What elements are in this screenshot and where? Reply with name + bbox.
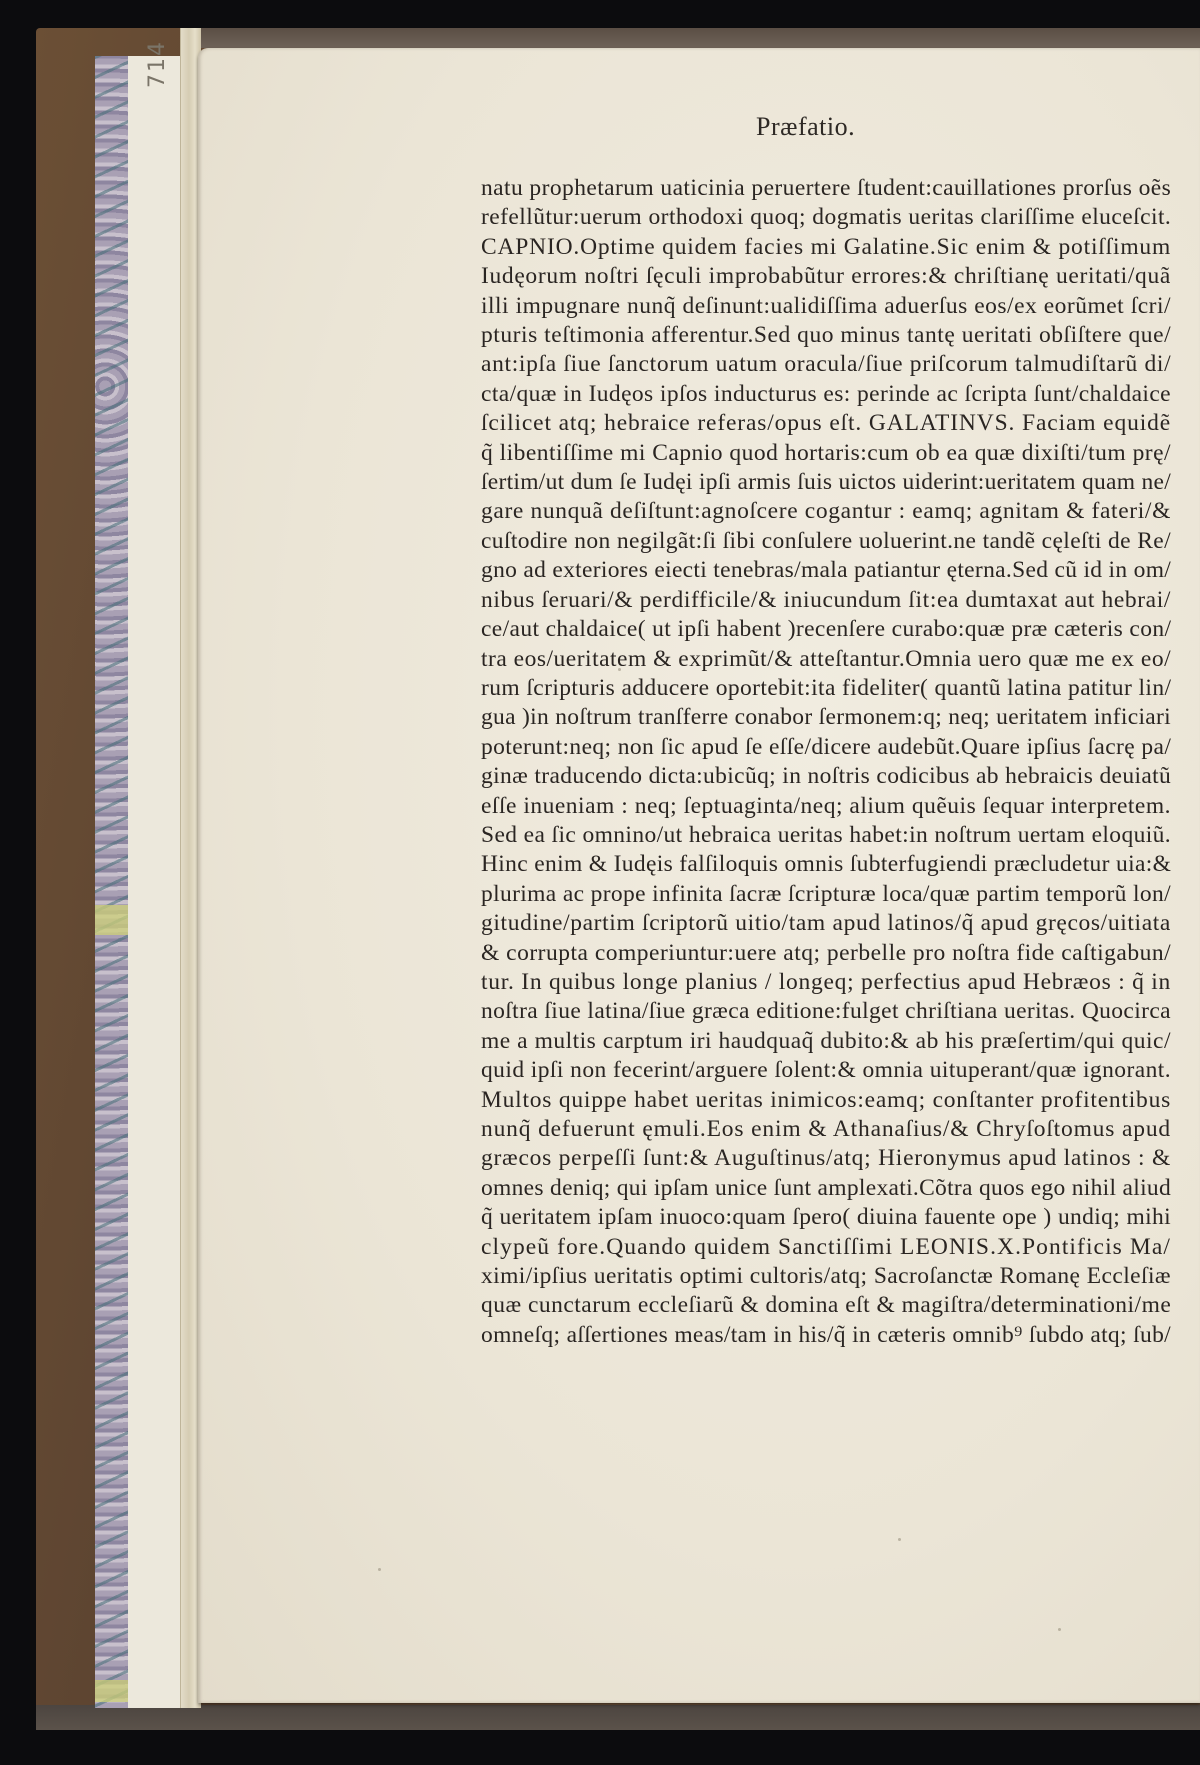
text-line: omnes deniq; qui ipſam unice ſunt amplex… [481,1174,1171,1203]
text-line: ce/aut chaldaice( ut ipſi habent )recenſ… [481,615,1171,644]
text-line: ſertim/ut dum ſe Iudęi ipſi armis ſuis u… [481,468,1171,497]
text-line: quæ cunctarum eccleſiarũ & domina eſt & … [481,1291,1171,1320]
text-line: eſſe inueniam : neq; ſeptuaginta/neq; al… [481,792,1171,821]
text-line: q̃ libentiſſime mi Capnio quod hortaris:… [481,439,1171,468]
text-line: ximi/ipſius ueritatis optimi cultoris/at… [481,1262,1171,1291]
text-line: ginæ traducendo dicta:ubicũq; in noſtris… [481,762,1171,791]
text-line: plurima ac prope infinita ſacræ ſcriptur… [481,880,1171,909]
text-line: rum ſcripturis adducere oportebit:ita fi… [481,674,1171,703]
text-line: clypeũ fore.Quando quidem Sanctiſſimi LE… [481,1233,1171,1262]
text-line: Iudęorum noſtri ſęculi improbabũtur erro… [481,262,1171,291]
body-text: natu prophetarum uaticinia peruertere ſt… [481,174,1171,1350]
marbled-endpaper-accent [95,1680,129,1702]
marbled-endpaper [95,56,129,1708]
text-line: poterunt:neq; non ſic apud ſe eſſe/dicer… [481,733,1171,762]
flyleaf [128,56,184,1708]
text-line: cta/quæ in Iudęos ipſos inducturus es: p… [481,380,1171,409]
text-line: tur. In quibus longe planius / longeq; p… [481,968,1171,997]
book-cover-bottom-edge [36,1705,1200,1730]
marbled-endpaper-accent [95,905,129,935]
book-cover-top-edge [180,28,1200,48]
text-line: q̃ ueritatem ipſam inuoco:quam ſpero( di… [481,1203,1171,1232]
text-line: omneſq; aſſertiones meas/tam in his/q̃ i… [481,1321,1171,1350]
text-line: CAPNIO.Optime quidem facies mi Galatine.… [481,233,1171,262]
text-line: ant:ipſa ſiue ſanctorum uatum oracula/ſi… [481,350,1171,379]
handwritten-shelfmark: 714 [145,58,170,88]
text-line: gitudine/partim ſcriptorũ uitio/tam apud… [481,909,1171,938]
text-line: Sed ea ſic omnino/ut hebraica ueritas ha… [481,821,1171,850]
text-line: natu prophetarum uaticinia peruertere ſt… [481,174,1171,203]
text-line: nunq̃ defuerunt ęmuli.Eos enim & Athanaſ… [481,1115,1171,1144]
text-line: & corrupta comperiuntur:uere atq; perbel… [481,939,1171,968]
text-line: tra eos/ueritatem & exprimũt/& atteſtant… [481,645,1171,674]
text-line: Hinc enim & Iudęis falſiloquis omnis ſub… [481,850,1171,879]
text-line: ſcilicet atq; hebraice referas/opus eſt.… [481,409,1171,438]
text-line: illi impugnare nunq̃ deſinunt:ualidiſſim… [481,292,1171,321]
text-line: Multos quippe habet ueritas inimicos:eam… [481,1086,1171,1115]
text-line: cuſtodire non negilgãt:ſi ſibi conſulere… [481,527,1171,556]
text-line: noſtra ſiue latina/ſiue græca editione:f… [481,997,1171,1026]
running-head: Præfatio. [756,112,855,142]
text-line: me a multis carptum iri haudquaq̃ dubito… [481,1027,1171,1056]
text-line: græcos perpeſſi ſunt:& Auguſtinus/atq; H… [481,1144,1171,1173]
text-line: refellũtur:uerum orthodoxi quoq; dogmati… [481,203,1171,232]
text-line: nibus ſeruari/& perdifficile/& iniucundu… [481,586,1171,615]
text-line: gno ad exteriores eiecti tenebras/mala p… [481,556,1171,585]
text-line: quid ipſi non fecerint/arguere ſolent:& … [481,1056,1171,1085]
text-line: gua )in noſtrum tranſferre conabor ſermo… [481,703,1171,732]
text-line: gare nunquã deſiſtunt:agnoſcere cogantur… [481,497,1171,526]
text-line: pturis teſtimonia afferentur.Sed quo min… [481,321,1171,350]
